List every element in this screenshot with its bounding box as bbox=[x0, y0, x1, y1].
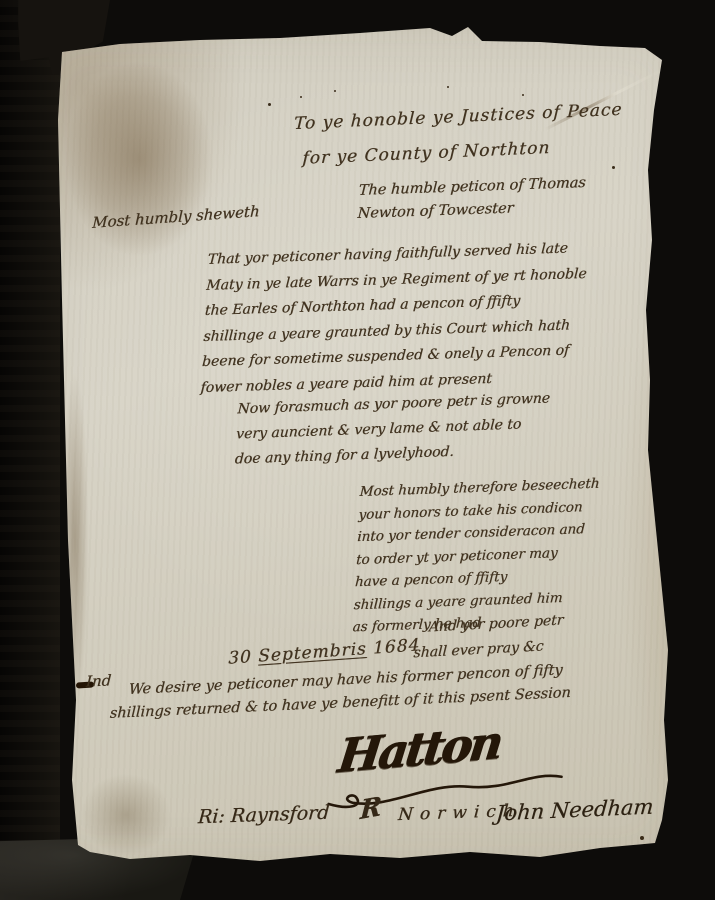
ink-speck bbox=[522, 94, 524, 96]
corner-stain bbox=[44, 34, 234, 284]
body-paragraph-2: Now forasmuch as yor poore petr is grown… bbox=[234, 386, 551, 472]
date-year: 1684 bbox=[373, 635, 420, 658]
petition-title: The humble peticon of Thomas Newton of T… bbox=[357, 172, 586, 226]
date-day: 30 bbox=[228, 647, 252, 669]
closing-formula: And yor poore petr shall ever pray &c bbox=[427, 608, 564, 665]
binding-spine bbox=[0, 0, 60, 900]
photograph-of-manuscript: To ye honoble ye Justices of Peace for y… bbox=[0, 0, 715, 900]
signature-raynsford: Ri: Raynsford bbox=[197, 802, 330, 829]
date-month: Septembris bbox=[258, 639, 367, 667]
salutation: Most humbly sheweth bbox=[92, 202, 260, 232]
ink-speck bbox=[612, 166, 615, 169]
date-line: 30 Septembris 1684 bbox=[228, 635, 420, 668]
signature-paraph: R bbox=[359, 792, 382, 827]
ink-blot bbox=[640, 836, 644, 840]
ink-speck bbox=[447, 86, 449, 88]
marginal-note: Ind bbox=[86, 671, 112, 690]
court-order: We desire ye peticoner may have his form… bbox=[127, 659, 572, 725]
ink-speck bbox=[268, 103, 271, 106]
ink-speck bbox=[334, 90, 336, 92]
body-paragraph-1: That yor peticoner having faithfully ser… bbox=[200, 236, 589, 401]
manuscript-page: To ye honoble ye Justices of Peace for y… bbox=[0, 0, 715, 900]
address-heading: To ye honoble ye Justices of Peace for y… bbox=[292, 93, 624, 178]
ink-speck bbox=[300, 96, 302, 98]
